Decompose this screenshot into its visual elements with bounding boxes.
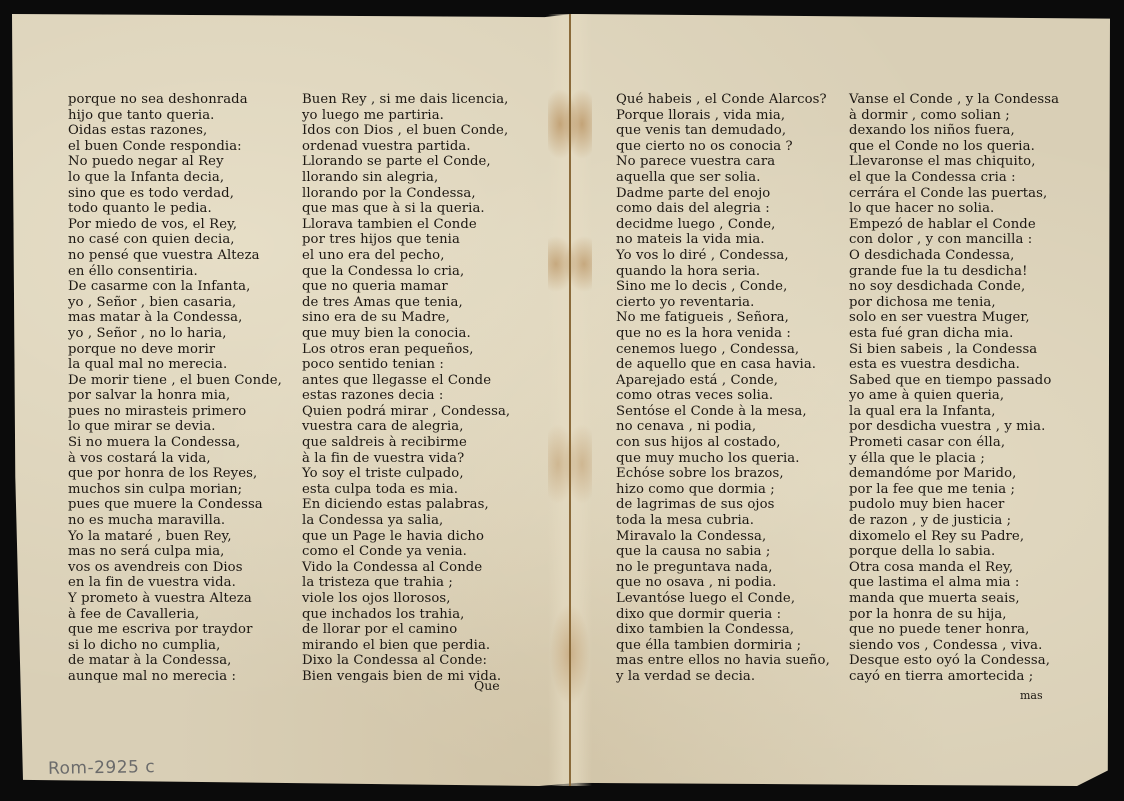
verse-line: Vido la Condessa al Conde — [302, 560, 510, 576]
verse-line: como el Conde ya venia. — [302, 544, 510, 560]
verse-line: que la causa no sabia ; — [616, 544, 830, 560]
verse-line: la qual mal no merecia. — [68, 357, 282, 373]
verse-line: Buen Rey , si me dais licencia, — [302, 92, 510, 108]
verse-line: que no es la hora venida : — [616, 326, 830, 342]
verse-line: ordenad vuestra partida. — [302, 139, 510, 155]
verse-line: que el Conde no los queria. — [849, 139, 1059, 155]
verse-line: Dadme parte del enojo — [616, 186, 830, 202]
verse-line: yo , Señor , bien casaria, — [68, 295, 282, 311]
catchword-left-page: Que — [474, 678, 500, 693]
verse-line: que la Condessa lo cria, — [302, 264, 510, 280]
verse-line: que muy bien la conocia. — [302, 326, 510, 342]
verse-line: pues que muere la Condessa — [68, 497, 282, 513]
verse-line: à la fin de vuestra vida? — [302, 451, 510, 467]
verse-line: que un Page le havia dicho — [302, 529, 510, 545]
verse-line: sino que es todo verdad, — [68, 186, 282, 202]
verse-line: sino era de su Madre, — [302, 310, 510, 326]
verse-line: viole los ojos llorosos, — [302, 591, 510, 607]
verse-line: la tristeza que trahia ; — [302, 575, 510, 591]
verse-line: de matar à la Condessa, — [68, 653, 282, 669]
verse-line: con sus hijos al costado, — [616, 435, 830, 451]
verse-line: antes que llegasse el Conde — [302, 373, 510, 389]
verse-line: el que la Condessa cria : — [849, 170, 1059, 186]
verse-line: que no puede tener honra, — [849, 622, 1059, 638]
verse-line: que por honra de los Reyes, — [68, 466, 282, 482]
verse-line: yo luego me partiria. — [302, 108, 510, 124]
verse-line: no le preguntava nada, — [616, 560, 830, 576]
verse-line: el uno era del pecho, — [302, 248, 510, 264]
verse-line: Idos con Dios , el buen Conde, — [302, 123, 510, 139]
verse-line: Llorava tambien el Conde — [302, 217, 510, 233]
verse-line: Echóse sobre los brazos, — [616, 466, 830, 482]
verse-line: lo que hacer no solia. — [849, 201, 1059, 217]
verse-line: el buen Conde respondia: — [68, 139, 282, 155]
verse-line: hizo como que dormia ; — [616, 482, 830, 498]
verse-line: todo quanto le pedia. — [68, 201, 282, 217]
verse-line: Sabed que en tiempo passado — [849, 373, 1059, 389]
verse-line: Yo soy el triste culpado, — [302, 466, 510, 482]
verse-line: cenemos luego , Condessa, — [616, 342, 830, 358]
verse-line: De casarme con la Infanta, — [68, 279, 282, 295]
verse-line: en la fin de vuestra vida. — [68, 575, 282, 591]
verse-line: que venis tan demudado, — [616, 123, 830, 139]
verse-line: cierto yo reventaria. — [616, 295, 830, 311]
verse-line: por tres hijos que tenia — [302, 232, 510, 248]
verse-line: aunque mal no merecia : — [68, 669, 282, 685]
verse-line: Sentóse el Conde à la mesa, — [616, 404, 830, 420]
verse-line: esta fué gran dicha mia. — [849, 326, 1059, 342]
verse-line: no soy desdichada Conde, — [849, 279, 1059, 295]
verse-line: Si no muera la Condessa, — [68, 435, 282, 451]
verse-line: Si bien sabeis , la Condessa — [849, 342, 1059, 358]
verse-line: no mateis la vida mia. — [616, 232, 830, 248]
verse-line: dixo que dormir queria : — [616, 607, 830, 623]
verse-line: como otras veces solia. — [616, 388, 830, 404]
verse-line: la qual era la Infanta, — [849, 404, 1059, 420]
verse-line: de razon , y de justicia ; — [849, 513, 1059, 529]
verse-line: Qué habeis , el Conde Alarcos? — [616, 92, 830, 108]
verse-line: llorando sin alegria, — [302, 170, 510, 186]
verse-line: porque no deve morir — [68, 342, 282, 358]
verse-line: cayó en tierra amortecida ; — [849, 669, 1059, 685]
verse-line: De morir tiene , el buen Conde, — [68, 373, 282, 389]
verse-line: de lagrimas de sus ojos — [616, 497, 830, 513]
verse-line: Sino me lo decis , Conde, — [616, 279, 830, 295]
verse-line: à vos costará la vida, — [68, 451, 282, 467]
verse-line: que élla tambien dormiria ; — [616, 638, 830, 654]
verse-line: con dolor , y con mancilla : — [849, 232, 1059, 248]
text-column-right-page-1: Qué habeis , el Conde Alarcos?Porque llo… — [616, 92, 830, 685]
verse-line: hijo que tanto queria. — [68, 108, 282, 124]
verse-line: Vanse el Conde , y la Condessa — [849, 92, 1059, 108]
verse-line: mas no será culpa mia, — [68, 544, 282, 560]
verse-line: muchos sin culpa morian; — [68, 482, 282, 498]
verse-line: Llorando se parte el Conde, — [302, 154, 510, 170]
verse-line: mirando el bien que perdia. — [302, 638, 510, 654]
verse-line: à fee de Cavalleria, — [68, 607, 282, 623]
verse-line: lo que la Infanta decia, — [68, 170, 282, 186]
verse-line: por dichosa me tenia, — [849, 295, 1059, 311]
verse-line: porque no sea deshonrada — [68, 92, 282, 108]
verse-line: manda que muerta seais, — [849, 591, 1059, 607]
verse-line: cerrára el Conde las puertas, — [849, 186, 1059, 202]
verse-line: estas razones decia : — [302, 388, 510, 404]
verse-line: poco sentido tenian : — [302, 357, 510, 373]
verse-line: que mas que à si la queria. — [302, 201, 510, 217]
verse-line: por la honra de su hija, — [849, 607, 1059, 623]
verse-line: quando la hora seria. — [616, 264, 830, 280]
text-column-right-page-2: Vanse el Conde , y la Condessaà dormir ,… — [849, 92, 1059, 685]
verse-line: à dormir , como solian ; — [849, 108, 1059, 124]
verse-line: En diciendo estas palabras, — [302, 497, 510, 513]
verse-line: como dais del alegria : — [616, 201, 830, 217]
verse-line: O desdichada Condessa, — [849, 248, 1059, 264]
verse-line: Empezó de hablar el Conde — [849, 217, 1059, 233]
verse-line: Levantóse luego el Conde, — [616, 591, 830, 607]
center-fold — [569, 14, 571, 786]
verse-line: llorando por la Condessa, — [302, 186, 510, 202]
verse-line: y élla que le placia ; — [849, 451, 1059, 467]
verse-line: mas entre ellos no havia sueño, — [616, 653, 830, 669]
verse-line: Quien podrá mirar , Condessa, — [302, 404, 510, 420]
verse-line: Y prometo à vuestra Alteza — [68, 591, 282, 607]
verse-line: lo que mirar se devia. — [68, 419, 282, 435]
verse-line: de aquello que en casa havia. — [616, 357, 830, 373]
verse-line: no casé con quien decia, — [68, 232, 282, 248]
verse-line: Miravalo la Condessa, — [616, 529, 830, 545]
verse-line: y la verdad se decia. — [616, 669, 830, 685]
verse-line: no es mucha maravilla. — [68, 513, 282, 529]
verse-line: siendo vos , Condessa , viva. — [849, 638, 1059, 654]
verse-line: mas matar à la Condessa, — [68, 310, 282, 326]
verse-line: Prometi casar con élla, — [849, 435, 1059, 451]
verse-line: que cierto no os conocia ? — [616, 139, 830, 155]
verse-line: que muy mucho los queria. — [616, 451, 830, 467]
verse-line: Aparejado está , Conde, — [616, 373, 830, 389]
verse-line: Llevaronse el mas chiquito, — [849, 154, 1059, 170]
verse-line: la Condessa ya salia, — [302, 513, 510, 529]
verse-line: Porque llorais , vida mia, — [616, 108, 830, 124]
verse-line: Otra cosa manda el Rey, — [849, 560, 1059, 576]
verse-line: de tres Amas que tenia, — [302, 295, 510, 311]
verse-line: Dixo la Condessa al Conde: — [302, 653, 510, 669]
verse-line: porque della lo sabia. — [849, 544, 1059, 560]
verse-line: por salvar la honra mia, — [68, 388, 282, 404]
verse-line: en éllo consentiria. — [68, 264, 282, 280]
verse-line: grande fue la tu desdicha! — [849, 264, 1059, 280]
verse-line: yo , Señor , no lo haria, — [68, 326, 282, 342]
verse-line: pues no mirasteis primero — [68, 404, 282, 420]
verse-line: Yo la mataré , buen Rey, — [68, 529, 282, 545]
shelfmark-label: Rom-2925 c — [48, 757, 156, 779]
verse-line: vuestra cara de alegria, — [302, 419, 510, 435]
verse-line: aquella que ser solia. — [616, 170, 830, 186]
verse-line: esta culpa toda es mia. — [302, 482, 510, 498]
verse-line: Los otros eran pequeños, — [302, 342, 510, 358]
verse-line: demandóme por Marido, — [849, 466, 1059, 482]
verse-line: Desque esto oyó la Condessa, — [849, 653, 1059, 669]
verse-line: no pensé que vuestra Alteza — [68, 248, 282, 264]
verse-line: por la fee que me tenia ; — [849, 482, 1059, 498]
verse-line: que me escriva por traydor — [68, 622, 282, 638]
verse-line: Por miedo de vos, el Rey, — [68, 217, 282, 233]
verse-line: vos os avendreis con Dios — [68, 560, 282, 576]
verse-line: de llorar por el camino — [302, 622, 510, 638]
verse-line: que saldreis à recibirme — [302, 435, 510, 451]
verse-line: No puedo negar al Rey — [68, 154, 282, 170]
verse-line: yo ame à quien queria, — [849, 388, 1059, 404]
verse-line: No parece vuestra cara — [616, 154, 830, 170]
verse-line: decidme luego , Conde, — [616, 217, 830, 233]
verse-line: dixo tambien la Condessa, — [616, 622, 830, 638]
verse-line: toda la mesa cubria. — [616, 513, 830, 529]
verse-line: esta es vuestra desdicha. — [849, 357, 1059, 373]
text-column-left-page-1: porque no sea deshonradahijo que tanto q… — [68, 92, 282, 685]
verse-line: dexando los niños fuera, — [849, 123, 1059, 139]
verse-line: que lastima el alma mia : — [849, 575, 1059, 591]
verse-line: Yo vos lo diré , Condessa, — [616, 248, 830, 264]
text-column-left-page-2: Buen Rey , si me dais licencia,yo luego … — [302, 92, 510, 685]
verse-line: que no queria mamar — [302, 279, 510, 295]
verse-line: No me fatigueis , Señora, — [616, 310, 830, 326]
verse-line: pudolo muy bien hacer — [849, 497, 1059, 513]
verse-line: no cenava , ni podia, — [616, 419, 830, 435]
verse-line: que no osava , ni podia. — [616, 575, 830, 591]
verse-line: solo en ser vuestra Muger, — [849, 310, 1059, 326]
verse-line: por desdicha vuestra , y mia. — [849, 419, 1059, 435]
verse-line: Oidas estas razones, — [68, 123, 282, 139]
catchword-right-page: mas — [1020, 689, 1043, 702]
verse-line: si lo dicho no cumplia, — [68, 638, 282, 654]
verse-line: que inchados los trahia, — [302, 607, 510, 623]
verse-line: dixomelo el Rey su Padre, — [849, 529, 1059, 545]
